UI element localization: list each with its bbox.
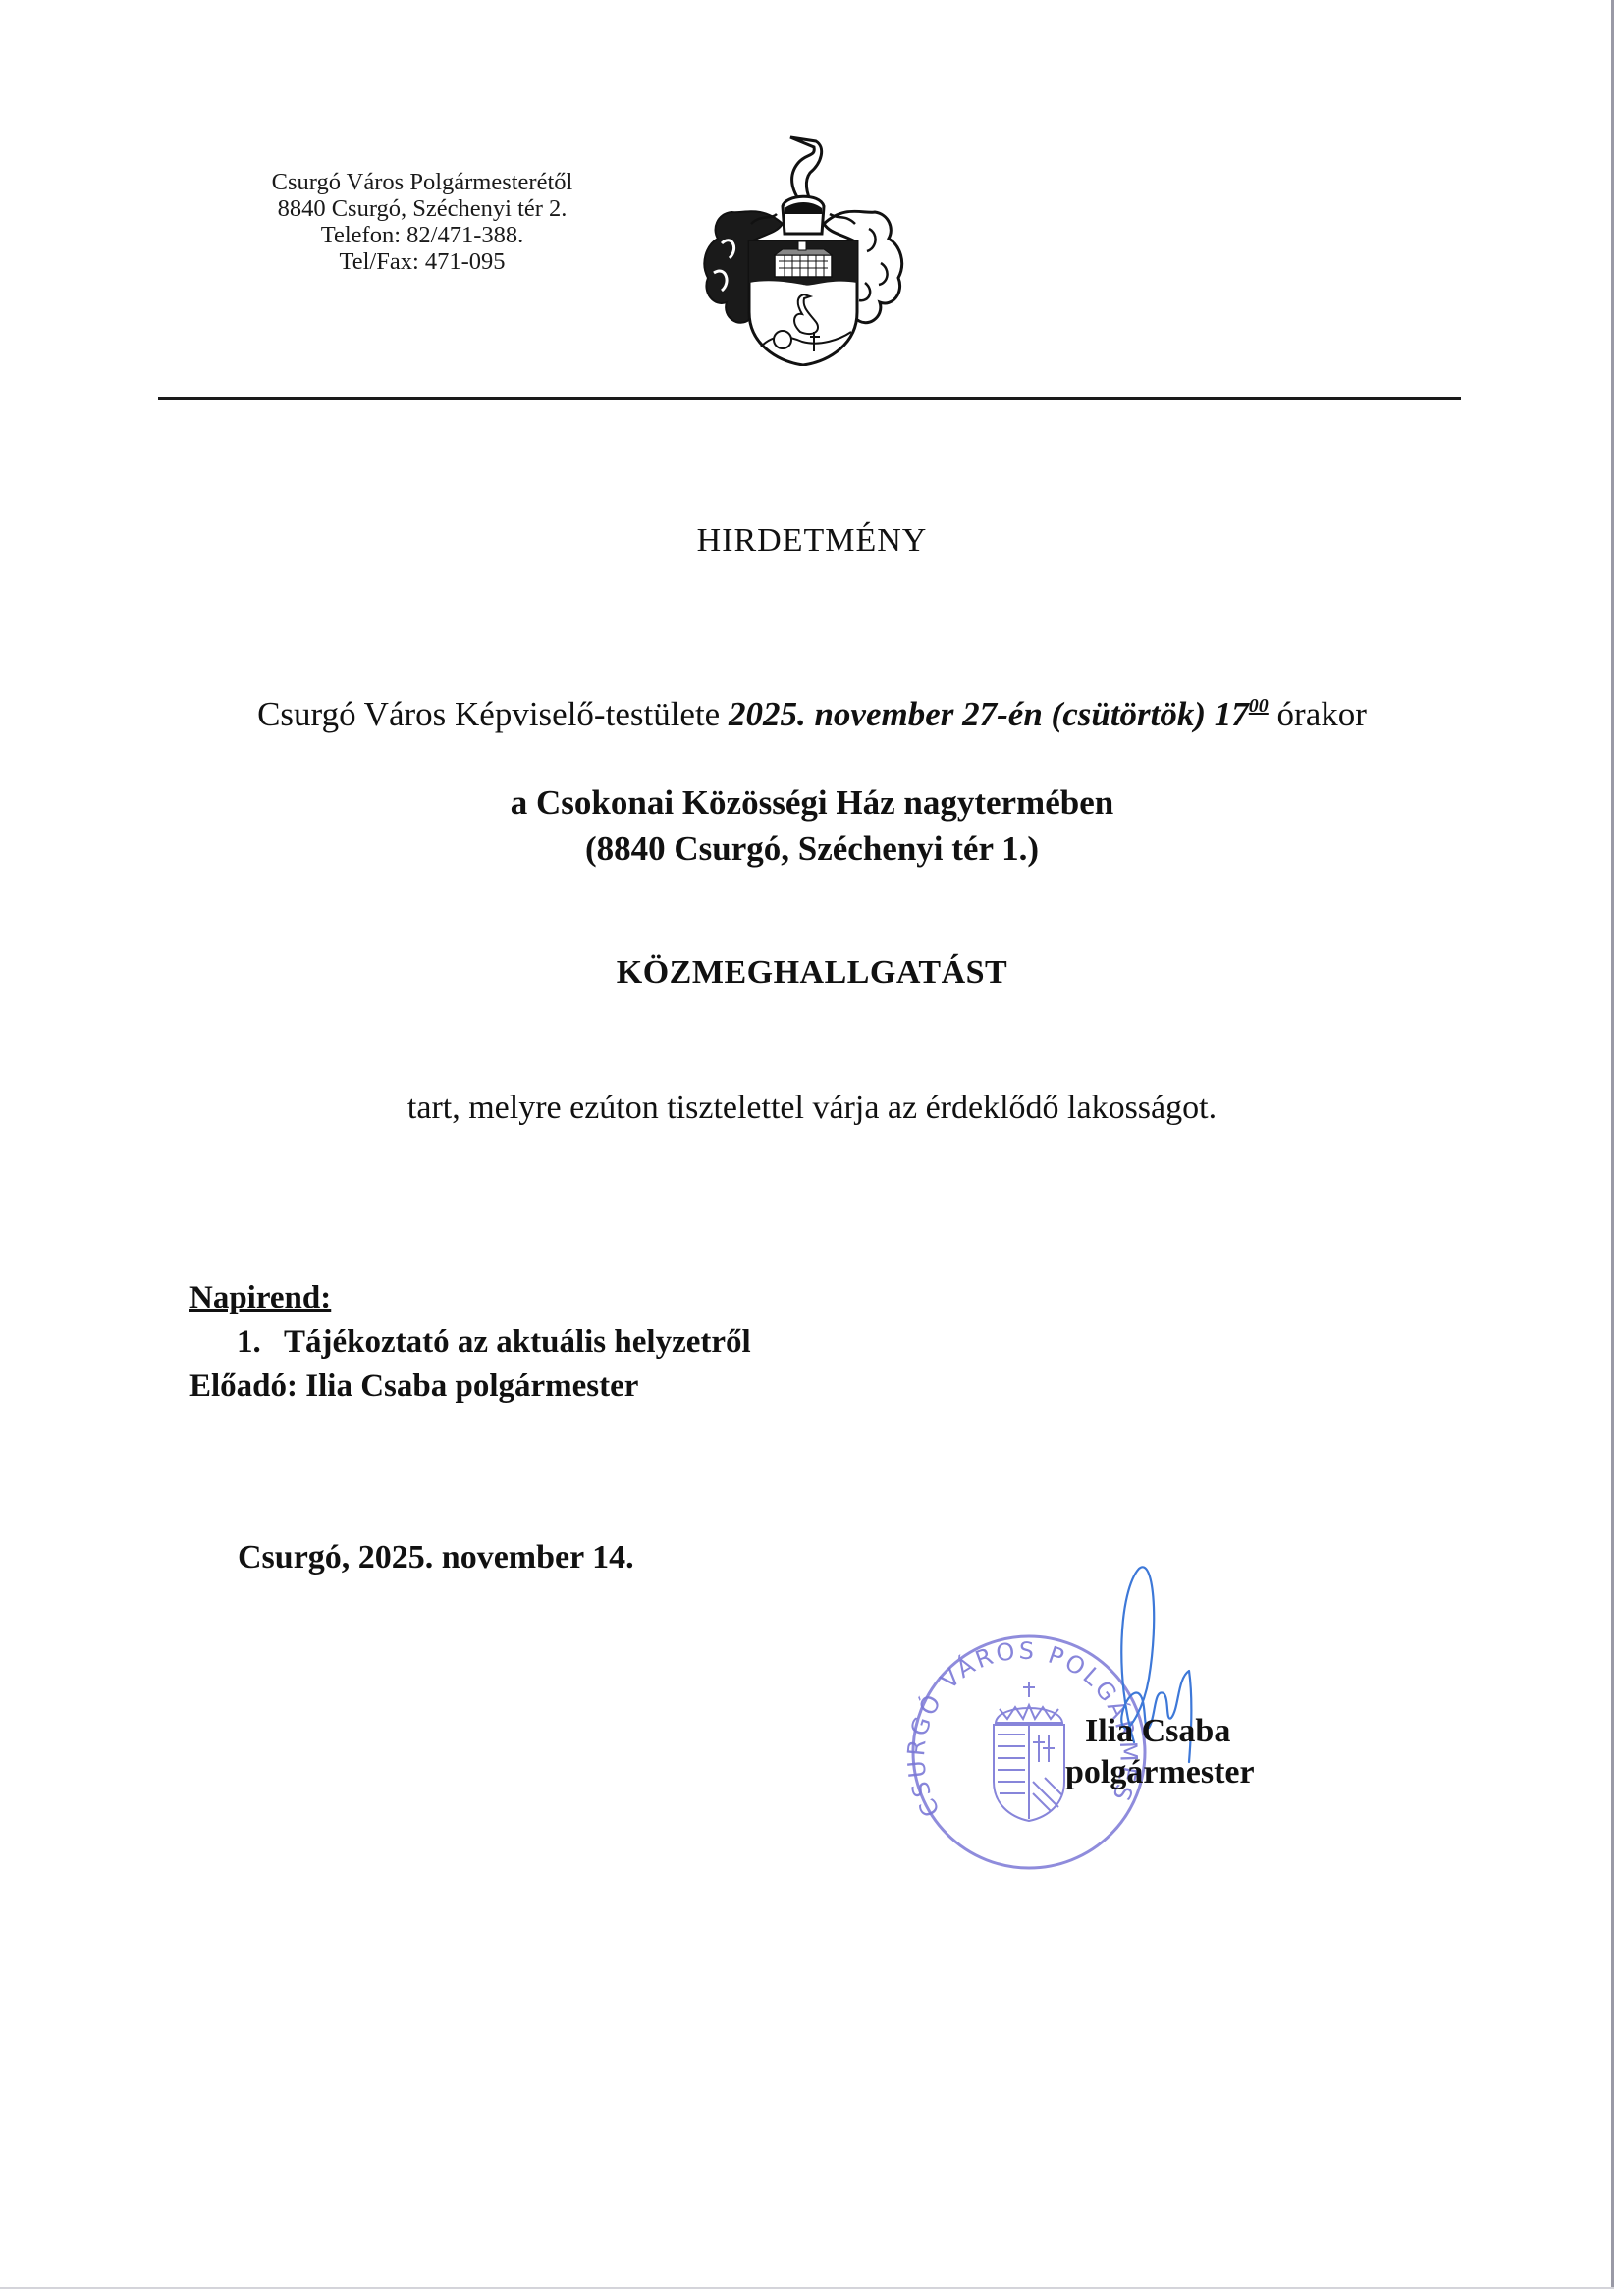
event-type: KÖZMEGHALLGATÁST [0,954,1624,991]
invitation-text: tart, melyre ezúton tisztelettel várja a… [0,1090,1624,1127]
header-divider [158,397,1461,400]
notice-title: HIRDETMÉNY [0,522,1624,560]
document-page: Csurgó Város Polgármesterétől 8840 Csurg… [0,0,1624,2296]
meeting-minutes: 00 [1249,695,1269,717]
letterhead-fax: Tel/Fax: 471-095 [226,248,619,275]
intro-suffix: órakor [1269,695,1367,733]
dateline: Csurgó, 2025. november 14. [238,1539,634,1576]
meeting-datetime: 2025. november 27-én (csütörtök) 17 [729,695,1249,733]
agenda-item-number: 1. [237,1320,284,1364]
letterhead-office: Csurgó Város Polgármesterétől [226,169,619,195]
agenda-section: Napirend: 1.Tájékoztató az aktuális hely… [189,1276,751,1409]
intro-plain: Csurgó Város Képviselő-testülete [257,695,729,733]
coat-of-arms-icon [692,135,913,366]
agenda-item-text: Tájékoztató az aktuális helyzetről [284,1324,751,1360]
letterhead-phone: Telefon: 82/471-388. [226,222,619,248]
agenda-heading: Napirend: [189,1276,751,1320]
scan-edge-bottom [0,2287,1614,2289]
agenda-item: 1.Tájékoztató az aktuális helyzetről [189,1320,751,1364]
venue-address: (8840 Csurgó, Széchenyi tér 1.) [0,829,1624,869]
letterhead-street: 8840 Csurgó, Széchenyi tér 2. [226,195,619,222]
scan-edge [1611,0,1614,2287]
venue-name: a Csokonai Közösségi Ház nagytermében [0,783,1624,823]
letterhead-address: Csurgó Város Polgármesterétől 8840 Csurg… [226,169,619,275]
signatory-block: Ilia Csaba polgármester [1065,1711,1255,1793]
agenda-presenter: Előadó: Ilia Csaba polgármester [189,1364,751,1409]
signatory-name: Ilia Csaba [1065,1711,1255,1752]
signatory-role: polgármester [1065,1752,1255,1793]
notice-intro: Csurgó Város Képviselő-testülete 2025. n… [0,695,1624,734]
